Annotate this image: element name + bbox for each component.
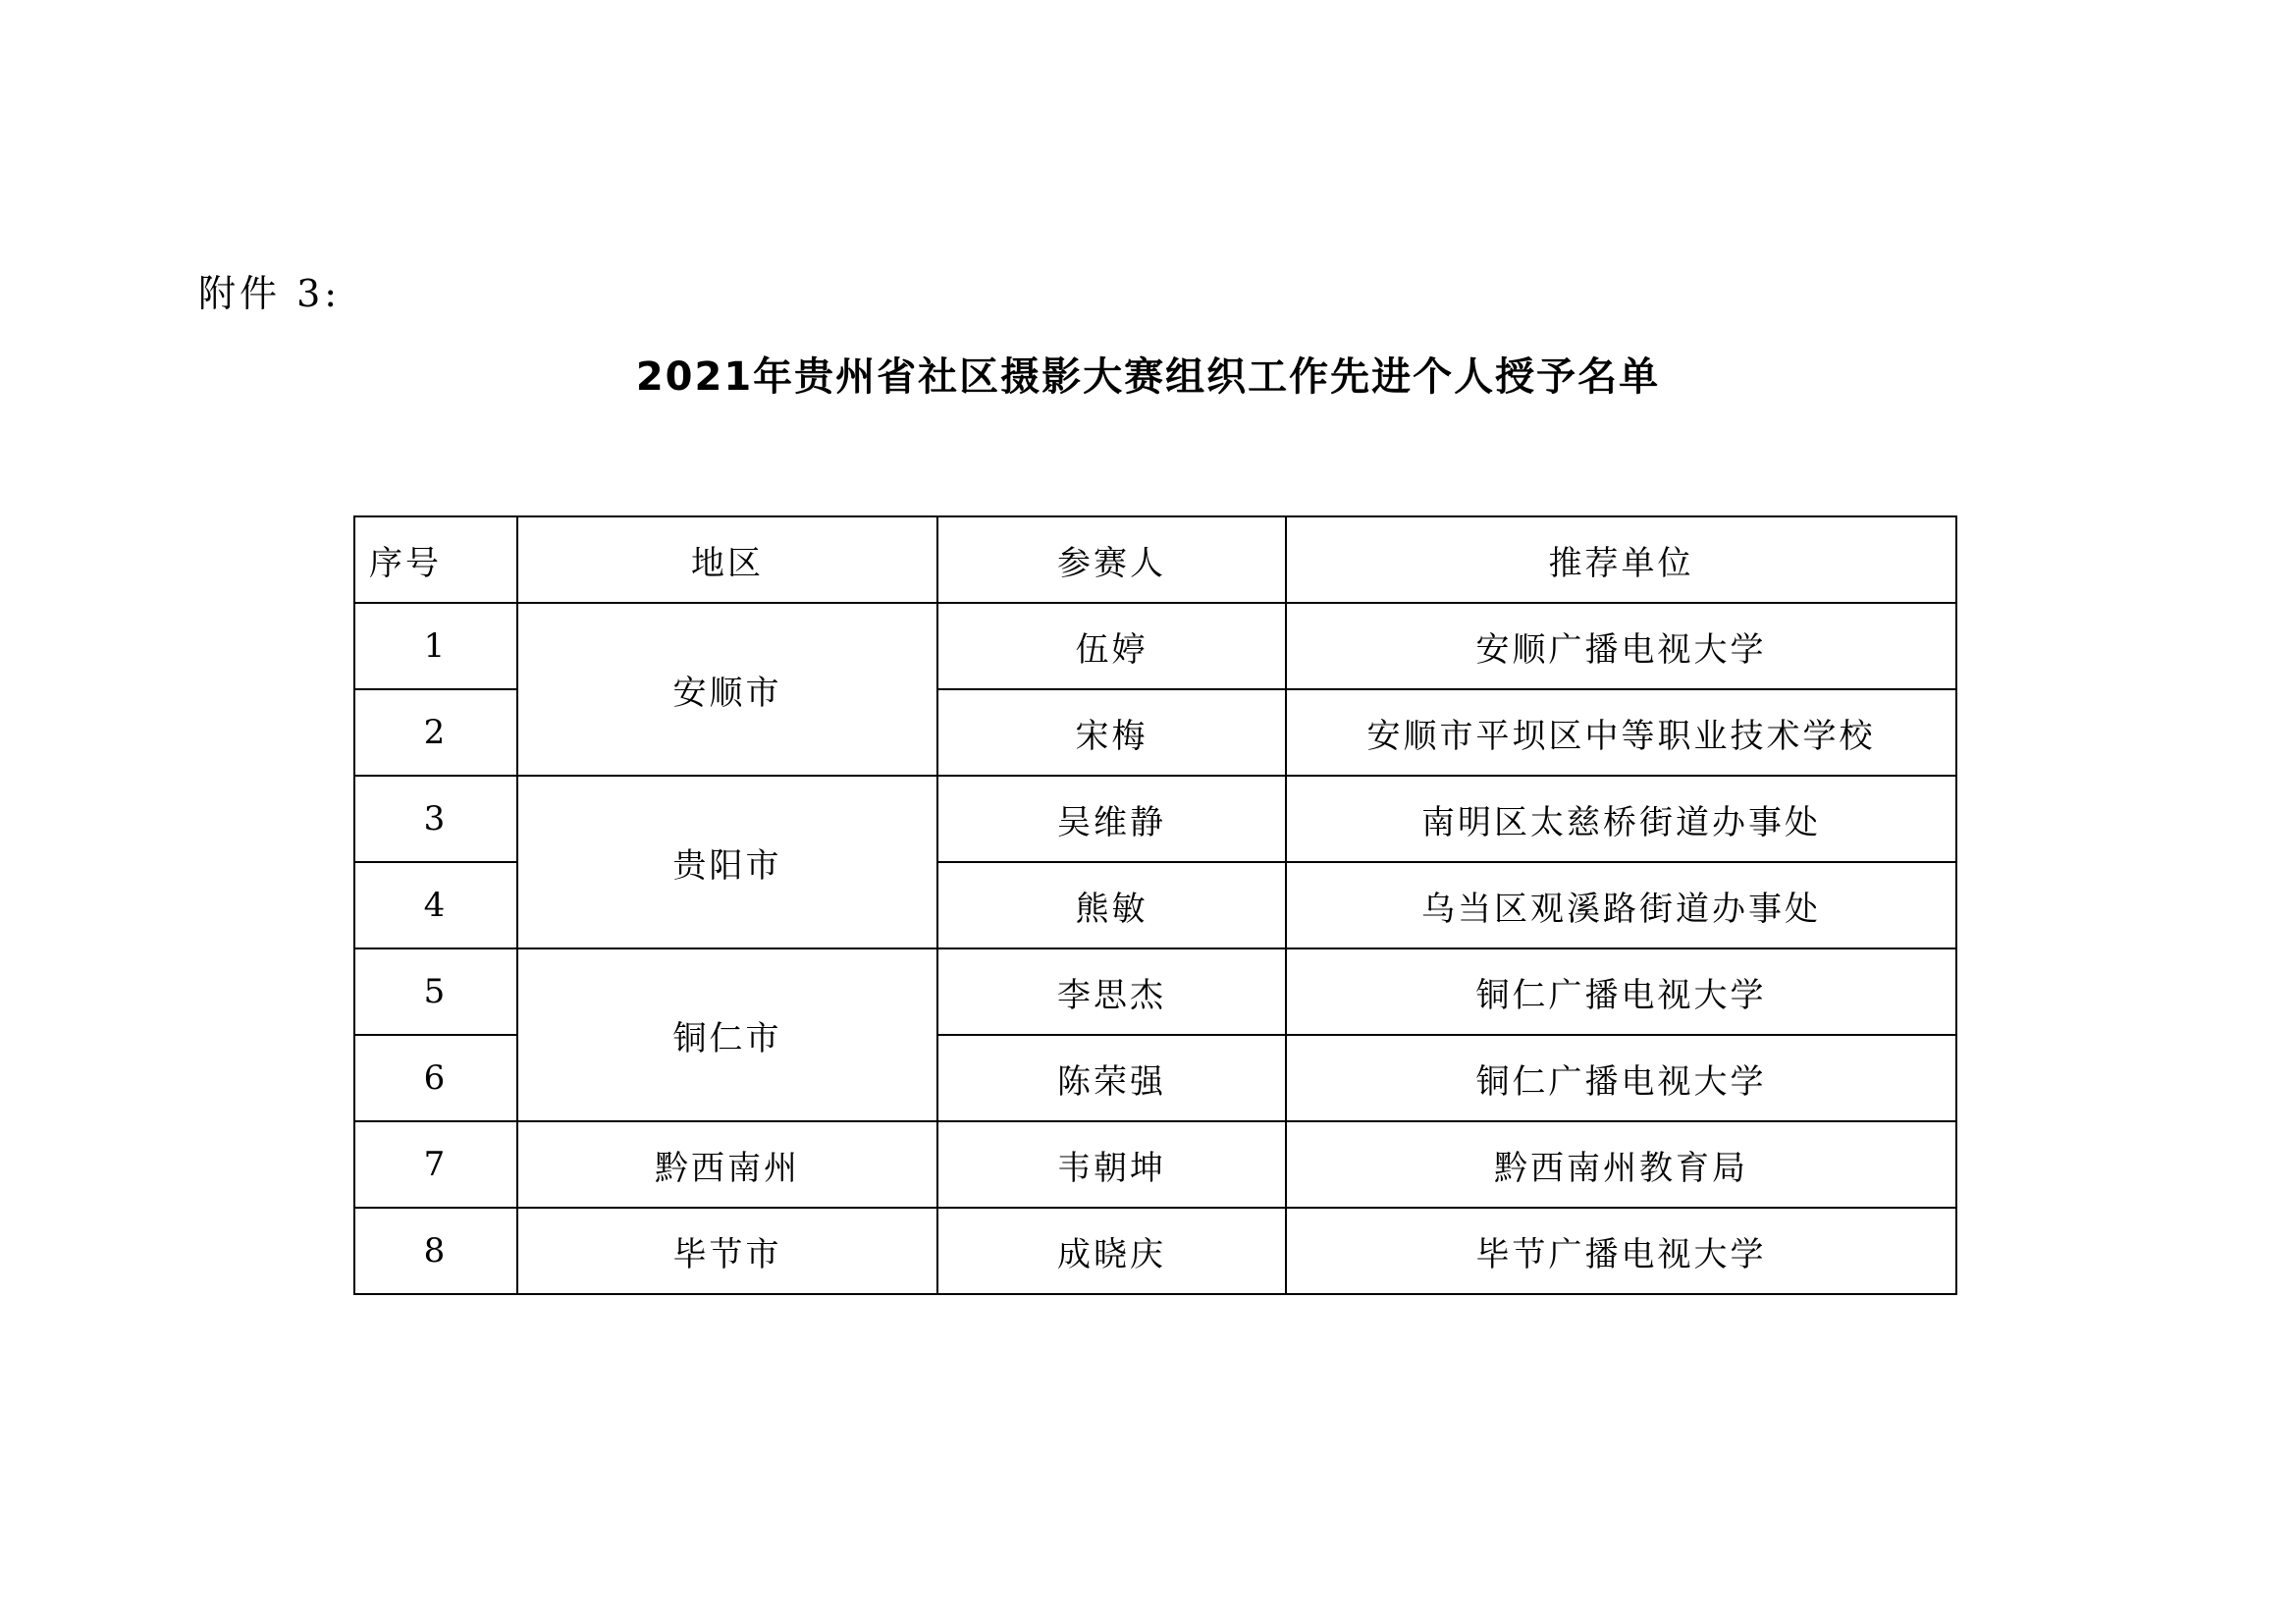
document-title: 2021年贵州省社区摄影大赛组织工作先进个人授予名单 [0, 346, 2296, 402]
header-region: 地区 [517, 516, 937, 603]
cell-index: 2 [354, 689, 517, 776]
cell-participant: 李思杰 [937, 948, 1286, 1035]
cell-index: 7 [354, 1121, 517, 1208]
award-roster-table: 序号 地区 参赛人 推荐单位 1 安顺市 伍婷 安顺广播电视大学 2 宋梅 安顺… [353, 515, 1957, 1295]
cell-index: 6 [354, 1035, 517, 1121]
cell-participant: 熊敏 [937, 862, 1286, 948]
cell-unit: 铜仁广播电视大学 [1286, 1035, 1956, 1121]
header-unit: 推荐单位 [1286, 516, 1956, 603]
table-row: 3 贵阳市 吴维静 南明区太慈桥街道办事处 [354, 776, 1956, 862]
cell-index: 1 [354, 603, 517, 689]
cell-region: 黔西南州 [517, 1121, 937, 1208]
cell-region: 贵阳市 [517, 776, 937, 948]
cell-unit: 安顺市平坝区中等职业技术学校 [1286, 689, 1956, 776]
cell-index: 8 [354, 1208, 517, 1294]
cell-unit: 安顺广播电视大学 [1286, 603, 1956, 689]
table-row: 1 安顺市 伍婷 安顺广播电视大学 [354, 603, 1956, 689]
cell-unit: 乌当区观溪路街道办事处 [1286, 862, 1956, 948]
cell-participant: 宋梅 [937, 689, 1286, 776]
table-row: 8 毕节市 成晓庆 毕节广播电视大学 [354, 1208, 1956, 1294]
cell-unit: 铜仁广播电视大学 [1286, 948, 1956, 1035]
cell-region: 铜仁市 [517, 948, 937, 1121]
cell-region: 毕节市 [517, 1208, 937, 1294]
cell-participant: 陈荣强 [937, 1035, 1286, 1121]
cell-participant: 成晓庆 [937, 1208, 1286, 1294]
cell-unit: 毕节广播电视大学 [1286, 1208, 1956, 1294]
cell-region: 安顺市 [517, 603, 937, 776]
table-header-row: 序号 地区 参赛人 推荐单位 [354, 516, 1956, 603]
table-row: 7 黔西南州 韦朝坤 黔西南州教育局 [354, 1121, 1956, 1208]
cell-participant: 吴维静 [937, 776, 1286, 862]
cell-index: 5 [354, 948, 517, 1035]
cell-unit: 南明区太慈桥街道办事处 [1286, 776, 1956, 862]
cell-index: 3 [354, 776, 517, 862]
attachment-label: 附件 3: [198, 263, 341, 317]
cell-participant: 韦朝坤 [937, 1121, 1286, 1208]
cell-participant: 伍婷 [937, 603, 1286, 689]
header-index: 序号 [354, 516, 517, 603]
table-row: 5 铜仁市 李思杰 铜仁广播电视大学 [354, 948, 1956, 1035]
cell-index: 4 [354, 862, 517, 948]
header-participant: 参赛人 [937, 516, 1286, 603]
document-page: 附件 3: 2021年贵州省社区摄影大赛组织工作先进个人授予名单 序号 地区 参… [0, 0, 2296, 1624]
cell-unit: 黔西南州教育局 [1286, 1121, 1956, 1208]
